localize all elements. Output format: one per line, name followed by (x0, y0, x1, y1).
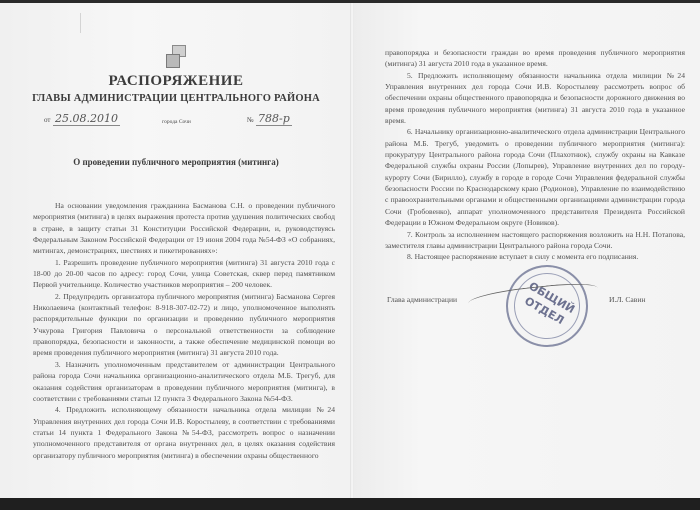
scanned-document: РАСПОРЯЖЕНИЕ ГЛАВЫ АДМИНИСТРАЦИИ ЦЕНТРАЛ… (0, 3, 700, 498)
signatory-position: Глава администрации (387, 295, 457, 304)
signatory-name: И.Л. Савин (609, 295, 645, 304)
paragraph-8: 8. Настоящее распоряжение вступает в сил… (385, 251, 685, 262)
paragraph-3: 3. Назначить уполномоченным представител… (33, 359, 335, 404)
coat-of-arms-emblem (166, 45, 186, 67)
city-label: города Сочи (162, 119, 191, 125)
number-value: 788-р (256, 112, 292, 126)
date-number-row: от 25.08.2010 города Сочи № 788-р (44, 113, 344, 129)
left-body-text: На основании уведомления гражданина Басм… (33, 200, 335, 461)
number-prefix: № (247, 116, 254, 124)
document-subject: О проведении публичного мероприятия (мит… (0, 157, 352, 167)
scan-edge-shadow (0, 498, 700, 510)
paragraph-6: 6. Начальнику организационно-аналитическ… (385, 126, 685, 228)
date-prefix: от (44, 116, 50, 124)
paper-crease (80, 13, 81, 33)
document-subtitle: ГЛАВЫ АДМИНИСТРАЦИИ ЦЕНТРАЛЬНОГО РАЙОНА (0, 93, 352, 104)
document-title: РАСПОРЯЖЕНИЕ (0, 73, 352, 90)
paragraph-4: 4. Предложить исполняющему обязанности н… (33, 404, 335, 461)
right-body-text: правопорядка и безопасности граждан во в… (385, 47, 685, 263)
paragraph-4-continuation: правопорядка и безопасности граждан во в… (385, 47, 685, 70)
date-value: 25.08.2010 (53, 112, 120, 126)
paragraph-preamble: На основании уведомления гражданина Басм… (33, 200, 335, 257)
paragraph-7: 7. Контроль за исполнением настоящего ра… (385, 229, 685, 252)
paragraph-1: 1. Разрешить проведение публичного мероп… (33, 257, 335, 291)
paragraph-5: 5. Предложить исполняющему обязанности н… (385, 70, 685, 127)
paragraph-2: 2. Предупредить организатора публичного … (33, 291, 335, 359)
